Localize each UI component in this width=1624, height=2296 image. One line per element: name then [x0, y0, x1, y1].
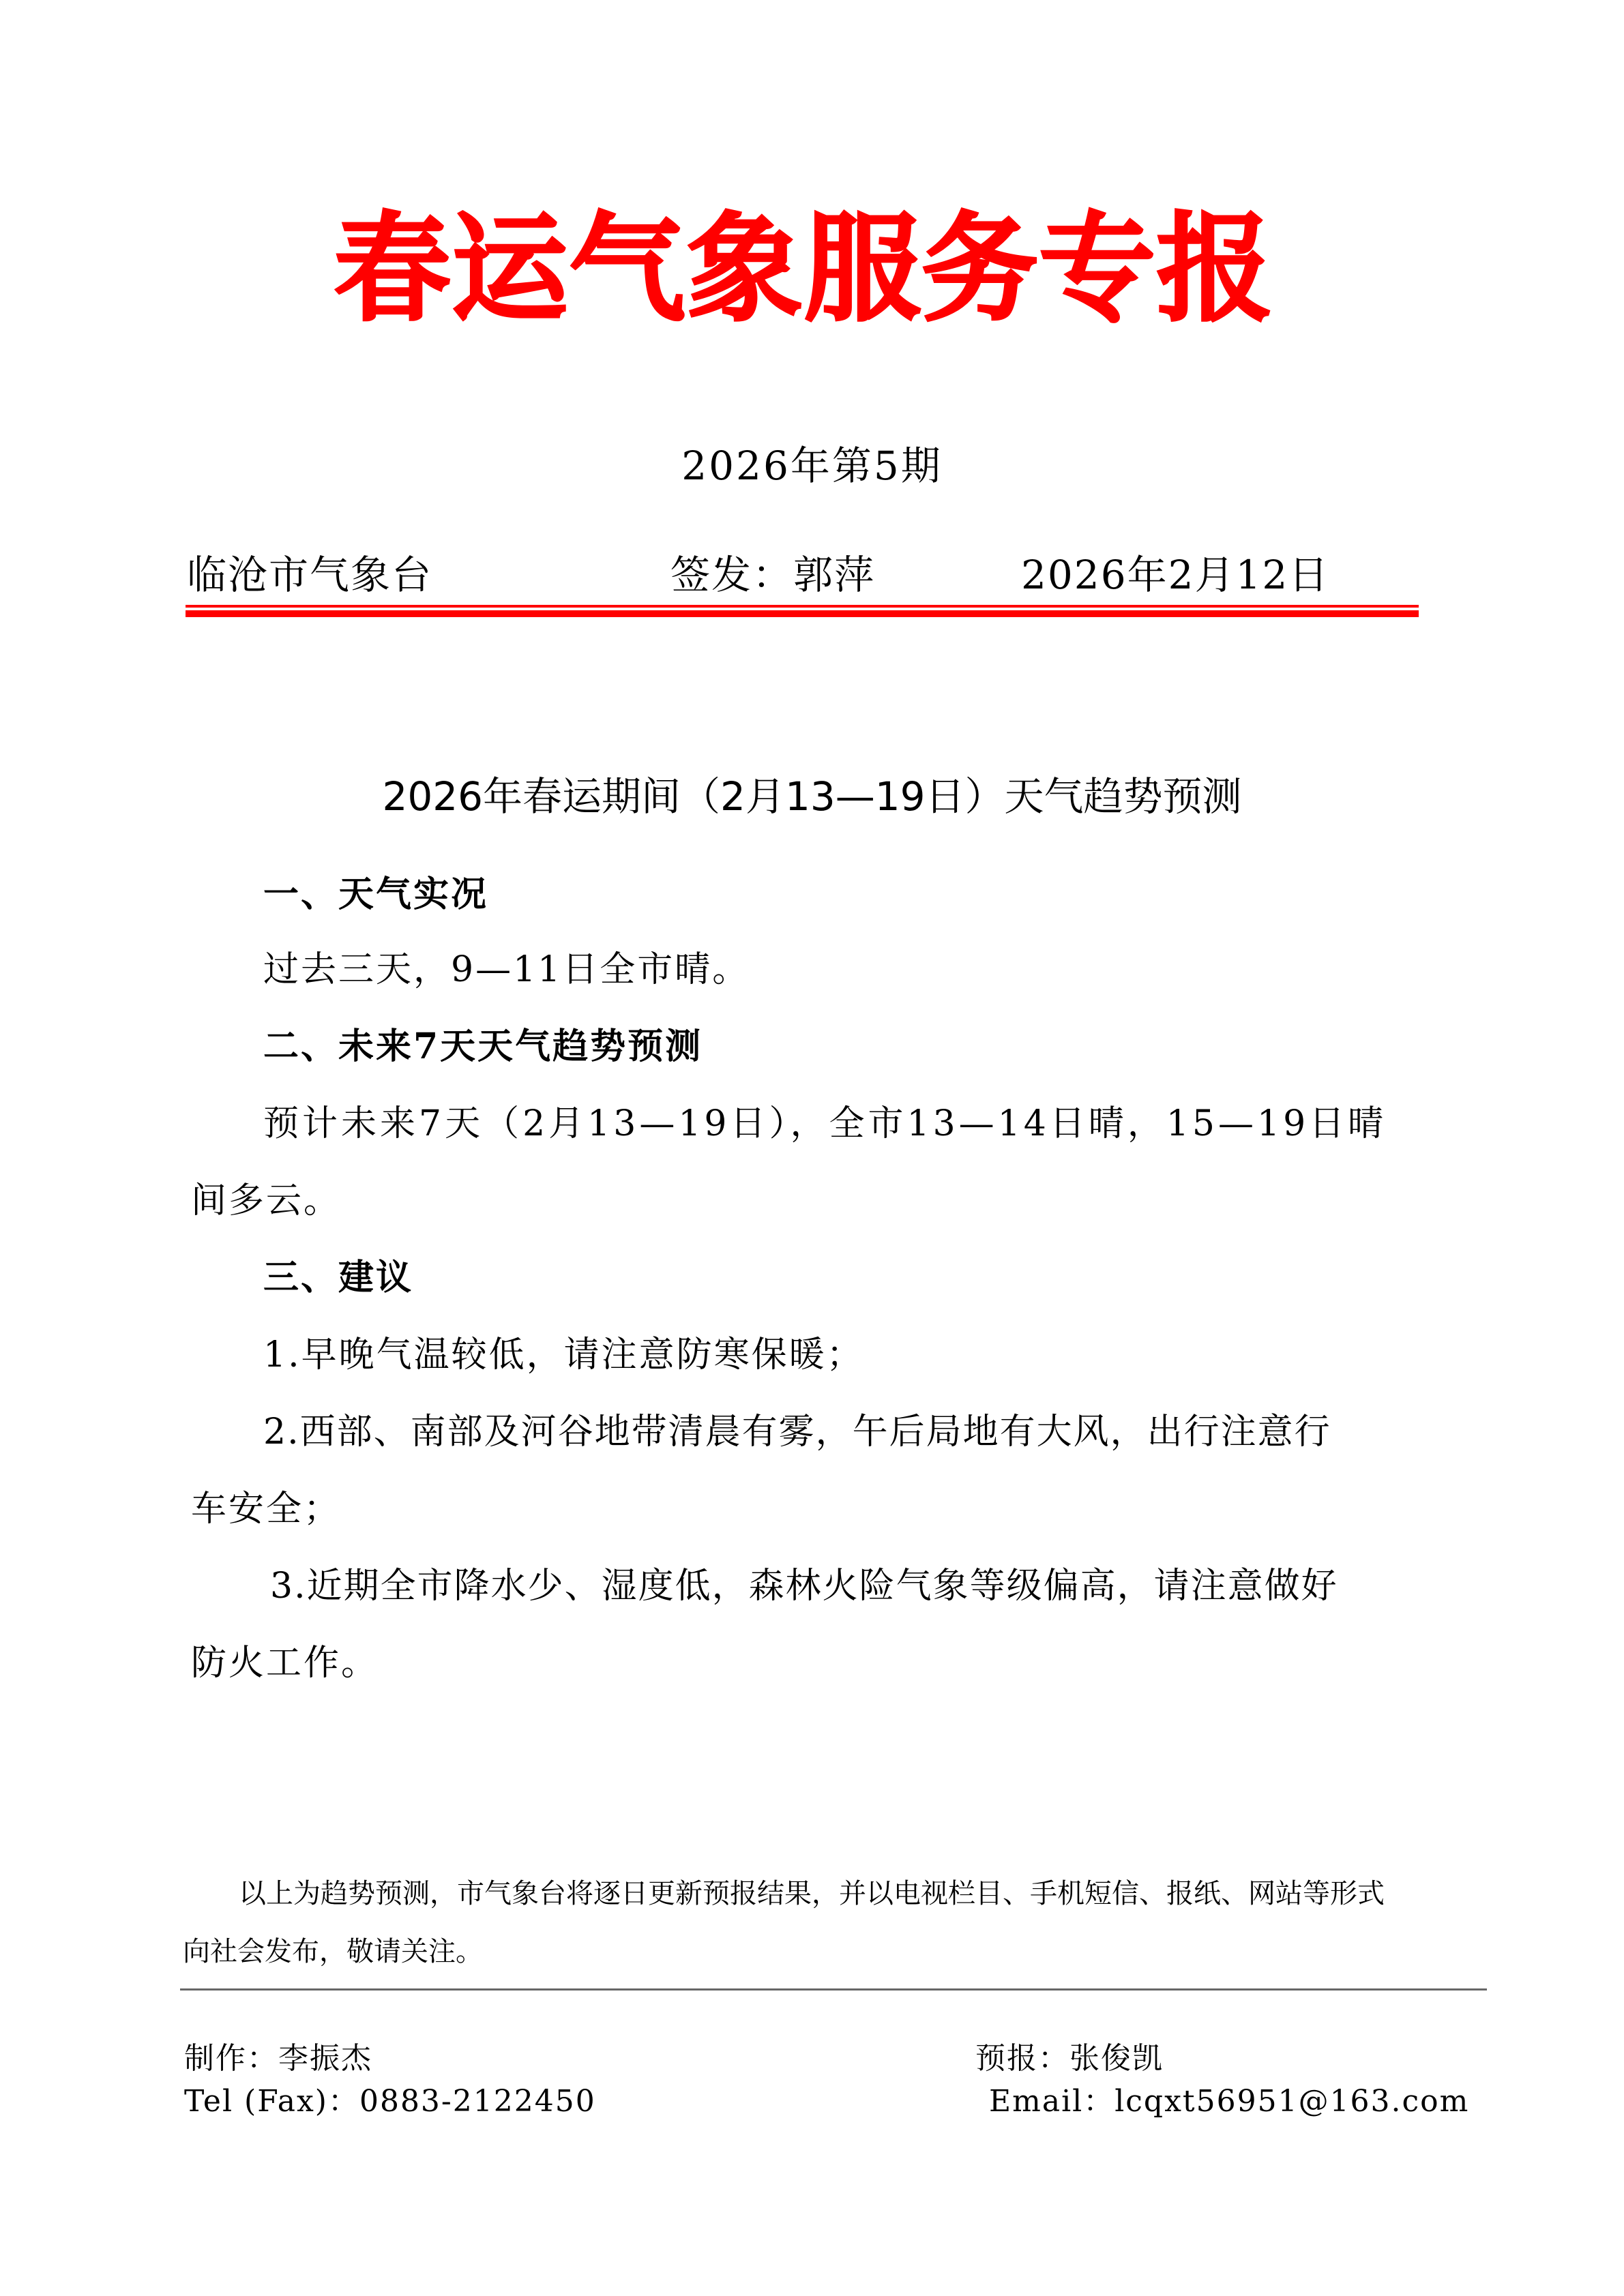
contact-tel: Tel (Fax)：0883-2122450: [184, 2083, 596, 2120]
producer: 制作：李振杰: [184, 2040, 372, 2077]
masthead-divider-thick: [186, 610, 1419, 617]
contact-email: Email：lcqxt56951@163.com: [989, 2083, 1469, 2120]
masthead-title: 春运气象服务专报: [334, 202, 1286, 336]
footer-divider: [180, 1988, 1487, 1991]
document-headline: 2026年春运期间（2月13—19日）天气趋势预测: [0, 772, 1624, 821]
advice-item-2-line1: 2.西部、南部及河谷地带清晨有雾，午后局地有大风，出行注意行: [263, 1412, 1331, 1452]
signer: 签发：郭萍: [670, 551, 875, 599]
issue-number: 2026年第5期: [0, 442, 1624, 490]
paragraph-forecast-line2: 间多云。: [191, 1180, 341, 1221]
issue-date: 2026年2月12日: [1021, 551, 1329, 599]
issuing-organization: 临沧市气象台: [187, 551, 432, 599]
advice-item-3-line1: 3.近期全市降水少、湿度低，森林火险气象等级偏高，请注意做好: [270, 1566, 1338, 1607]
advice-item-1: 1.早晚气温较低，请注意防寒保暖；: [263, 1335, 864, 1375]
advice-item-2-line2: 车安全；: [191, 1489, 341, 1530]
section-heading-observations: 一、天气实况: [263, 874, 488, 915]
section-heading-forecast: 二、未来7天天气趋势预测: [263, 1026, 703, 1067]
footer-note-line2: 向社会发布，敬请关注。: [183, 1935, 483, 1969]
section-heading-advice: 三、建议: [263, 1257, 413, 1298]
paragraph-forecast-line1: 预计未来7天（2月13—19日），全市13—14日晴，15—19日晴: [263, 1103, 1387, 1144]
forecaster: 预报：张俊凯: [975, 2040, 1164, 2077]
masthead-divider-thin: [186, 605, 1419, 608]
footer-note-line1: 以上为趋势预测，市气象台将逐日更新预报结果，并以电视栏目、手机短信、报纸、网站等…: [239, 1877, 1385, 1911]
paragraph-observations: 过去三天，9—11日全市晴。: [263, 949, 750, 990]
advice-item-3-line2: 防火工作。: [191, 1643, 379, 1684]
